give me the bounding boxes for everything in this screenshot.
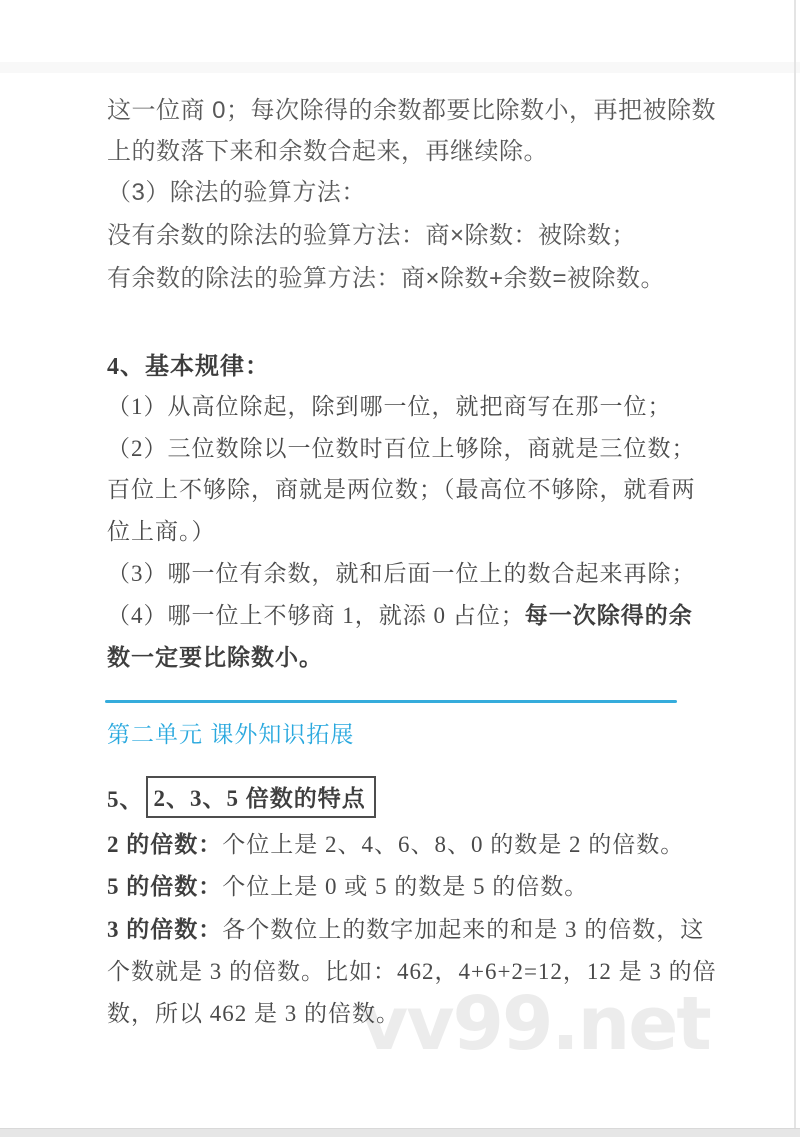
topic-5-boxed-title: 2、3、5 倍数的特点: [146, 776, 376, 818]
viewer-bottom-band: [0, 1128, 800, 1137]
unit2-heading: 第二单元 课外知识拓展: [107, 716, 354, 749]
multiples-of-5-rest: 个位上是 0 或 5 的数是 5 的倍数。: [222, 874, 588, 899]
watermark: vv99.net: [360, 981, 710, 1067]
rules-item-2-cont2: 位上商。）: [107, 513, 216, 546]
section-divider: [105, 700, 677, 703]
division-line-3: （3）除法的验算方法：: [107, 172, 366, 207]
rules-item-4-regular: （4）哪一位上不够商 1，就添 0 占位；: [107, 603, 525, 628]
multiples-of-2: 2 的倍数：个位上是 2、4、6、8、0 的数是 2 的倍数。: [107, 826, 684, 859]
rules-item-4-bold: 每一次除得的余: [525, 603, 693, 628]
topic-5-row: 5、 2、3、5 倍数的特点: [107, 776, 376, 818]
division-line-4: 没有余数的除法的验算方法：商×除数：被除数；: [107, 215, 636, 250]
rules-item-3: （3）哪一位有余数，就和后面一位上的数合起来再除；: [107, 555, 696, 588]
multiples-of-5: 5 的倍数：个位上是 0 或 5 的数是 5 的倍数。: [107, 868, 588, 901]
document-page: vv99.net 这一位商 0；每次除得的余数都要比除数小，再把被除数 上的数落…: [0, 0, 800, 1137]
multiples-of-3-cont1: 个数就是 3 的倍数。比如：462，4+6+2=12，12 是 3 的倍: [107, 953, 717, 986]
rules-item-4: （4）哪一位上不够商 1，就添 0 占位；每一次除得的余: [107, 597, 693, 630]
page-break-strip: [0, 62, 800, 73]
multiples-of-3-lead: 3 的倍数：: [107, 917, 222, 942]
rules-heading: 4、基本规律：: [107, 346, 270, 381]
multiples-of-2-lead: 2 的倍数：: [107, 832, 222, 857]
division-line-2: 上的数落下来和余数合起来，再继续除。: [107, 131, 548, 166]
division-line-1: 这一位商 0；每次除得的余数都要比除数小，再把被除数: [107, 90, 716, 125]
topic-5-number: 5、: [107, 781, 144, 814]
page-right-edge: [794, 0, 796, 1137]
rules-item-4-bold-cont: 数一定要比除数小。: [107, 639, 323, 672]
multiples-of-2-rest: 个位上是 2、4、6、8、0 的数是 2 的倍数。: [222, 832, 684, 857]
multiples-of-5-lead: 5 的倍数：: [107, 874, 222, 899]
division-line-5: 有余数的除法的验算方法：商×除数+余数=被除数。: [107, 258, 665, 293]
rules-item-2: （2）三位数除以一位数时百位上够除，商就是三位数；: [107, 430, 696, 463]
multiples-of-3-rest: 各个数位上的数字加起来的和是 3 的倍数，这: [222, 917, 704, 942]
rules-item-2-cont: 百位上不够除，商就是两位数；（最高位不够除，就看两: [107, 471, 696, 504]
multiples-of-3: 3 的倍数：各个数位上的数字加起来的和是 3 的倍数，这: [107, 911, 704, 944]
multiples-of-3-cont2: 数，所以 462 是 3 的倍数。: [107, 995, 400, 1028]
rules-item-1: （1）从高位除起，除到哪一位，就把商写在那一位；: [107, 388, 672, 421]
